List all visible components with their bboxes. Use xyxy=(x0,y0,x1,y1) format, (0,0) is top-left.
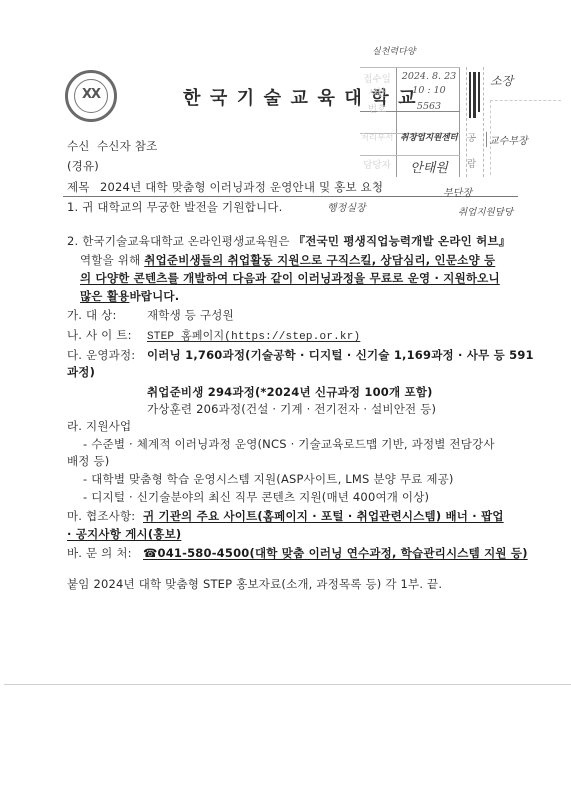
paragraph-2-line-3: 의 다양한 콘텐츠를 개발하여 다음과 같이 이러닝과정을 무료로 운영 · 지… xyxy=(80,270,500,286)
phone-icon: ☎ xyxy=(143,546,158,560)
item-support-bullet-2: - 대학별 맞춤형 학습 운영시스템 지원(ASP사이트, LMS 분양 무료 … xyxy=(83,471,454,487)
ram-label: 람 xyxy=(467,156,476,170)
item-support-bullet-3: - 디지털 · 신기술분야의 최신 직무 콘텐츠 지원(매년 400여개 이상) xyxy=(83,489,429,505)
item-courses-label: 다. 운영과정: xyxy=(67,347,135,363)
item-cooperation-label: 마. 협조사항: xyxy=(67,508,135,524)
item-courses-line-1-cont: 과정) xyxy=(67,364,95,380)
university-seal-icon: XX xyxy=(65,70,117,122)
item-contact-value: ☎041-580-4500(대학 맞춤 이러닝 연수과정, 학습관리시스템 지원… xyxy=(143,545,528,561)
receipt-stamp-table: 접수일자 2024. 8. 23 시간 10 : 10 번호 5563 처리부서… xyxy=(360,67,460,177)
item-support-bullet-1: - 수준별 · 체계적 이러닝과정 운영(NCS · 기술교육로드맵 기반, 과… xyxy=(83,436,495,452)
recipient-label: 수신 xyxy=(67,138,90,154)
recipient-value: 수신자 참조 xyxy=(97,138,157,154)
paragraph-2-line-1: 2. 한국기술교육대학교 온라인평생교육원은 『전국민 평생직업능력개발 온라인… xyxy=(67,233,510,249)
stamp-row-department: 처리부서 취창업지원센터 xyxy=(360,127,460,149)
stamp-top-note: 실천력다양 xyxy=(372,44,415,57)
paragraph-2-line-4: 많은 활용바랍니다. xyxy=(80,288,179,304)
item-cooperation-line-2: · 공지사항 게시(홍보) xyxy=(67,526,181,542)
item-support-bullet-1-cont: 배정 등) xyxy=(67,453,109,469)
subject-label: 제목 xyxy=(67,179,90,195)
item-site-label: 나. 사 이 트: xyxy=(67,327,132,343)
attachment-line: 붙임 2024년 대학 맞춤형 STEP 홍보자료(소개, 과정목록 등) 각 … xyxy=(67,576,442,592)
stamp-row-assignee: 담당자 안태원 xyxy=(360,153,460,175)
scan-fold-line xyxy=(4,684,571,685)
signature-seal-mark xyxy=(467,72,481,118)
item-support-label: 라. 지원사업 xyxy=(67,418,131,434)
stamp-row-number: 번호 5563 xyxy=(360,97,460,119)
item-target-label: 가. 대 상: xyxy=(67,307,117,323)
subject-text: 2024년 대학 맞춤형 이러닝과정 운영안내 및 홍보 요청 xyxy=(100,179,383,195)
via-label: (경유) xyxy=(67,158,99,174)
item-courses-line-2: 취업준비생 294과정(*2024년 신규과정 100개 포함) xyxy=(147,384,433,400)
item-target-value: 재학생 등 구성원 xyxy=(147,307,234,323)
paragraph-1: 1. 귀 대학교의 무궁한 발전을 기원합니다. xyxy=(67,199,282,215)
approval-director: 소장 xyxy=(490,72,513,89)
note-deputy-head: 부단장 xyxy=(443,184,472,199)
paragraph-2-line-2: 역할을 위해 취업준비생들의 취업활동 지원으로 구직스킬, 상담심리, 인문소… xyxy=(80,252,495,268)
item-cooperation-line-1: 귀 기관의 주요 사이트(홈페이지 · 포털 · 취업관련시스템) 배너 · 팝… xyxy=(143,508,504,524)
item-courses-line-1: 이러닝 1,760과정(기술공학 · 디지털 · 신기술 1,169과정 · 사… xyxy=(147,347,534,363)
gong-label: 공 xyxy=(467,130,476,144)
item-courses-line-3: 가상훈련 206과정(건설 · 기계 · 전기전자 · 설비안전 등) xyxy=(147,401,436,417)
approval-professor: 교수부장 xyxy=(486,132,528,147)
item-site-link[interactable]: STEP 홈페이지(https://step.or.kr) xyxy=(147,327,360,343)
note-employment-support: 취업지원담당 xyxy=(458,204,513,218)
item-contact-label: 바. 문 의 처: xyxy=(67,545,132,561)
note-admin-head: 행정실장 xyxy=(327,199,366,214)
